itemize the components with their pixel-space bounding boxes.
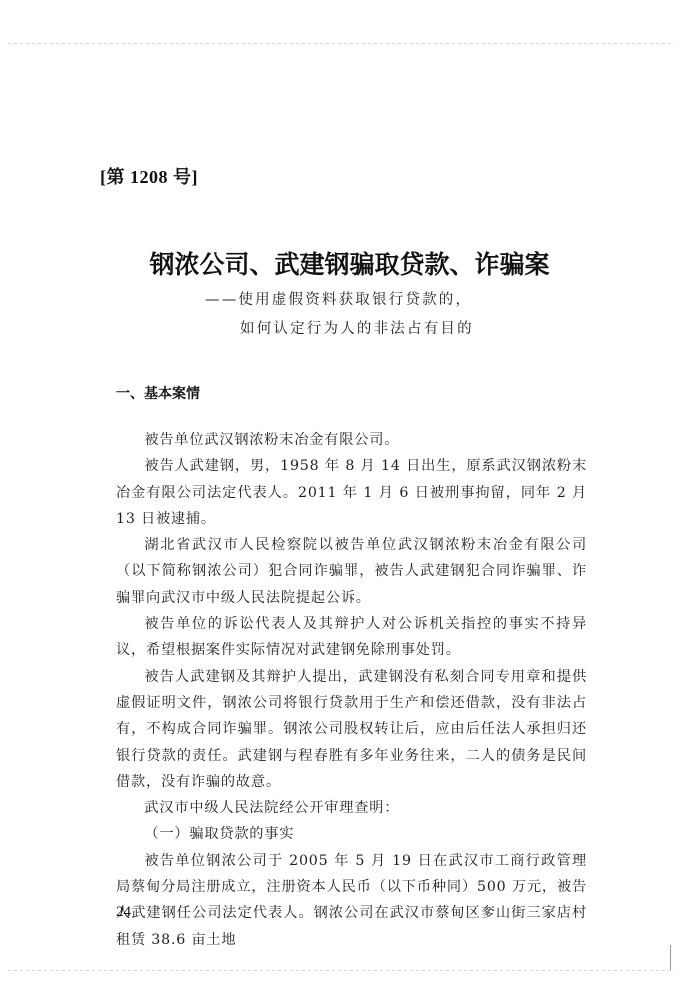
paragraph-prosecution: 湖北省武汉市人民检察院以被告单位武汉钢浓粉末冶金有限公司（以下简称钢浓公司）犯合… xyxy=(116,532,587,611)
paragraph-defendant-person: 被告人武建钢，男，1958 年 8 月 14 日出生，原系武汉钢浓粉末冶金有限公… xyxy=(116,453,587,532)
body-text: 被告单位武汉钢浓粉末冶金有限公司。 被告人武建钢，男，1958 年 8 月 14… xyxy=(116,427,587,953)
case-number: [第 1208 号] xyxy=(100,163,198,189)
paragraph-defendant-unit: 被告单位武汉钢浓粉末冶金有限公司。 xyxy=(116,427,587,453)
subtitle-line-1: ——使用虚假资料获取银行贷款的， xyxy=(205,288,472,309)
subtitle-line-2: 如何认定行为人的非法占有目的 xyxy=(240,317,474,338)
case-title: 钢浓公司、武建钢骗取贷款、诈骗案 xyxy=(0,245,685,281)
subheading-loan-fraud-facts: （一）骗取贷款的事实 xyxy=(116,821,587,847)
scan-artifact-line-bottom xyxy=(8,970,675,971)
paragraph-person-defense: 被告人武建钢及其辩护人提出，武建钢没有私刻合同专用章和提供虚假证明文件，钢浓公司… xyxy=(116,664,587,795)
paragraph-court-finding: 武汉市中级人民法院经公开审理查明： xyxy=(116,795,587,821)
scan-artifact-line-top xyxy=(8,43,675,44)
paragraph-company-registration: 被告单位钢浓公司于 2005 年 5 月 19 日在武汉市工商行政管理局蔡甸分局… xyxy=(116,848,587,953)
scan-artifact-mark xyxy=(670,945,671,970)
page-number: 24 xyxy=(116,904,131,921)
paragraph-unit-defense: 被告单位的诉讼代表人及其辩护人对公诉机关指控的事实不持异议，希望根据案件实际情况… xyxy=(116,611,587,664)
section-heading-basic-facts: 一、基本案情 xyxy=(116,383,200,403)
